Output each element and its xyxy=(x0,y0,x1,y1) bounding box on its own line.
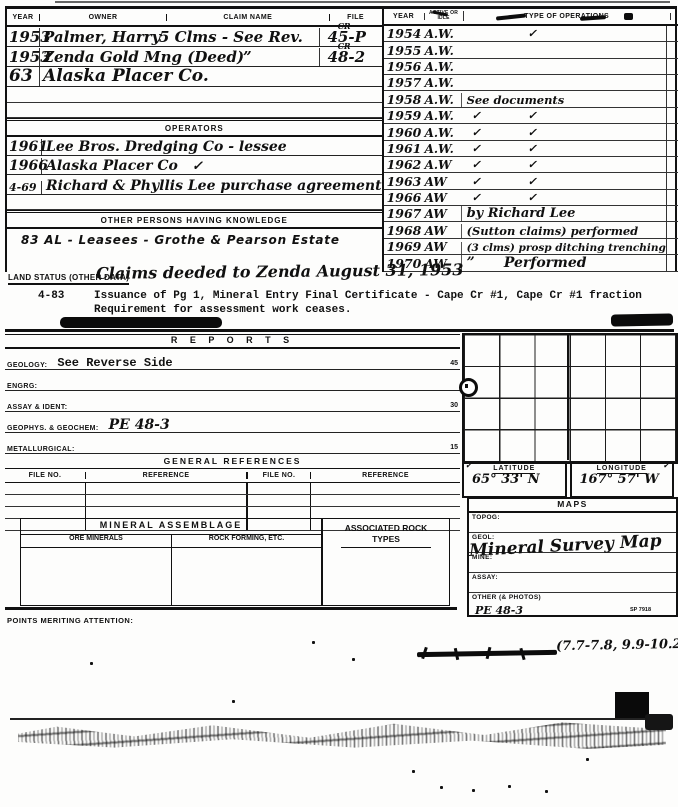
scan-edge-line xyxy=(10,718,672,720)
ink-smudge xyxy=(611,313,673,326)
scanned-mining-claim-card: YEAR OWNER CLAIM NAME FILE 1953 Palmer, … xyxy=(0,0,678,807)
mineral-assemblage-box: MINERAL ASSEMBLAGE ORE MINERALS ROCK FOR… xyxy=(20,518,323,606)
owner-year: 63 xyxy=(7,66,40,86)
coordinate-note: (7.7-7.8, 9.9-10.2) xyxy=(556,637,678,654)
report-value: See Reverse Side xyxy=(57,357,172,369)
operators-section-header: OPERATORS xyxy=(7,118,382,137)
report-row-engrg: ENGRG: xyxy=(5,370,460,391)
maps-label: OTHER (& PHOTOS) xyxy=(469,593,676,601)
activity-year: 1958 xyxy=(384,92,425,107)
ink-scribble xyxy=(624,13,633,20)
reports-title: R E P O R T S xyxy=(5,335,460,349)
activity-crew xyxy=(666,206,678,221)
ownership-header-row: YEAR OWNER CLAIM NAME FILE xyxy=(7,9,382,27)
activity-note: ” Performed xyxy=(461,255,666,271)
top-tables: YEAR OWNER CLAIM NAME FILE 1953 Palmer, … xyxy=(5,6,677,272)
owner-row: 1953 Palmer, Harry 5 Clms - See Rev. CR4… xyxy=(7,27,382,47)
maps-label: TOPOG: xyxy=(469,513,676,521)
activity-status: A.W. xyxy=(425,27,461,41)
activity-status: AW xyxy=(425,240,461,254)
activity-crew xyxy=(666,75,678,90)
report-value: PE 48-3 xyxy=(109,419,170,432)
longitude-box: LONGITUDE 167° 57' W ✓ xyxy=(570,461,675,498)
row-number: 15 xyxy=(450,444,458,451)
activity-row: 1967AWby Richard Lee xyxy=(384,206,678,222)
activity-crew xyxy=(666,222,678,237)
report-label: ASSAY & IDENT: xyxy=(5,404,67,411)
ink-scribble xyxy=(579,15,605,21)
operator-year: 1961 xyxy=(7,139,42,155)
maps-row-assay: ASSAY: xyxy=(469,573,676,593)
operator-row: 4-69 Richard & Phyllis Lee purchase agre… xyxy=(7,175,382,195)
activity-year: 1960 xyxy=(384,125,425,140)
activity-status: AW xyxy=(425,175,461,189)
associated-rock-types-box: ASSOCIATED ROCK TYPES xyxy=(323,518,450,606)
col-crew: CREW xyxy=(670,13,678,20)
report-label: GEOPHYS. & GEOCHEM: xyxy=(5,425,99,432)
entry-code: 4-83 xyxy=(38,289,80,317)
mineral-assemblage-body xyxy=(21,548,321,605)
col-file: FILE xyxy=(330,14,382,21)
location-grid xyxy=(462,333,678,464)
activity-row: 1958A.W.See documents xyxy=(384,91,678,107)
ownership-table: YEAR OWNER CLAIM NAME FILE 1953 Palmer, … xyxy=(7,9,384,272)
noise-dot xyxy=(352,658,355,661)
activity-row: 1962A.W✓✓ xyxy=(384,157,678,173)
noise-dot xyxy=(508,785,511,788)
activity-note: (3 clms) prosp ditching trenching xyxy=(461,242,666,254)
activity-row: 1961A.W.✓✓ xyxy=(384,141,678,157)
latitude-box: LATITUDE 65° 33' N ✓ xyxy=(462,461,567,498)
general-references-title: GENERAL REFERENCES xyxy=(5,454,460,469)
noise-dot xyxy=(472,789,475,792)
activity-crew xyxy=(666,91,678,106)
activity-crew xyxy=(666,59,678,74)
activity-row: 1957A.W. xyxy=(384,75,678,91)
activity-year: 1956 xyxy=(384,59,425,74)
general-references-columns: FILE NO. REFERENCE FILE NO. REFERENCE xyxy=(5,469,460,483)
activity-crew xyxy=(666,173,678,188)
maps-label: ASSAY: xyxy=(469,573,676,581)
report-row-assay: ASSAY & IDENT: 30 xyxy=(5,391,460,412)
form-number: SP 7918 xyxy=(630,607,651,613)
check-mark: ✓ xyxy=(192,159,203,174)
report-row-metallurgical: METALLURGICAL: 15 xyxy=(5,433,460,454)
operator-year: 1966 xyxy=(7,158,42,174)
activity-status: A.W. xyxy=(425,76,461,90)
scan-edge-line xyxy=(55,1,670,3)
activity-crew xyxy=(666,239,678,254)
file-superscript: CR xyxy=(338,21,351,31)
activity-crew xyxy=(666,42,678,57)
owner-name: Alaska Placer Co. xyxy=(40,66,263,86)
activity-row: 1960A.W.✓✓ xyxy=(384,124,678,140)
mineral-assemblage-subheaders: ORE MINERALS ROCK FORMING, ETC. xyxy=(21,535,321,548)
activity-status: AW xyxy=(425,224,461,238)
owner-row: 63 Alaska Placer Co. xyxy=(7,67,382,87)
ink-mark: ✓ xyxy=(465,461,473,471)
operator-text: Richard & Phyllis Lee purchase agreement xyxy=(42,178,382,194)
reports-section: R E P O R T S GEOLOGY: See Reverse Side … xyxy=(5,334,460,531)
activity-status: A.W xyxy=(425,158,461,172)
activity-row: 1966AW✓✓ xyxy=(384,190,678,206)
activity-crew xyxy=(666,124,678,139)
empty-row xyxy=(7,103,382,118)
knowledge-note: 83 AL - Leasees - Grothe & Pearson Estat… xyxy=(7,229,382,247)
col-year: YEAR xyxy=(7,14,40,21)
activity-crew xyxy=(666,141,678,156)
report-label: GEOLOGY: xyxy=(5,362,47,369)
report-row-geophys: GEOPHYS. & GEOCHEM: PE 48-3 xyxy=(5,412,460,433)
activity-row: 1956A.W. xyxy=(384,59,678,75)
activity-status: AW xyxy=(425,191,461,205)
activity-note: (Sutton claims) performed xyxy=(461,224,666,238)
longitude-label: LONGITUDE xyxy=(572,465,673,472)
activity-crew xyxy=(666,255,678,271)
operators-title: OPERATORS xyxy=(165,124,224,133)
activity-year: 1959 xyxy=(384,108,425,123)
activity-year: 1954 xyxy=(384,26,425,41)
noise-dot xyxy=(412,770,415,773)
operator-row: 1961 Lee Bros. Dredging Co - lessee xyxy=(7,137,382,156)
report-label: METALLURGICAL: xyxy=(5,446,75,453)
report-row-geology: GEOLOGY: See Reverse Side 45 xyxy=(5,349,460,370)
land-status-entry: 4-83 Issuance of Pg 1, Mineral Entry Fin… xyxy=(38,289,642,317)
location-grid-midline xyxy=(567,333,569,460)
operator-text: Lee Bros. Dredging Co - lessee xyxy=(42,139,382,155)
section-divider xyxy=(5,329,674,332)
crossed-out-note xyxy=(417,645,557,661)
maps-other-value: PE 48-3 xyxy=(469,604,523,617)
knowledge-title: OTHER PERSONS HAVING KNOWLEDGE xyxy=(101,216,288,225)
activity-year: 1963 xyxy=(384,174,425,189)
col-file-no: FILE NO. xyxy=(248,472,311,479)
noise-dot xyxy=(440,786,443,789)
claim-name: 5 Clms - See Rev. xyxy=(159,28,319,46)
claim-name: ” xyxy=(159,48,319,66)
activity-note: See documents xyxy=(461,93,666,107)
noise-dot xyxy=(232,700,235,703)
activity-note: by Richard Lee xyxy=(461,206,666,221)
owner-year: 1953 xyxy=(7,48,40,66)
activity-crew xyxy=(666,157,678,172)
col-owner: OWNER xyxy=(40,14,167,21)
activity-row: 1955A.W. xyxy=(384,42,678,58)
activity-year: 1961 xyxy=(384,141,425,156)
lat-long-section: LATITUDE 65° 33' N ✓ LONGITUDE 167° 57' … xyxy=(462,461,674,498)
col-reference: REFERENCE xyxy=(311,472,460,479)
activity-status: A.W. xyxy=(425,109,461,123)
empty-row xyxy=(7,195,382,210)
activity-row: 1968AW(Sutton claims) performed xyxy=(384,222,678,238)
location-circle-marker xyxy=(459,378,478,397)
owner-year: 1953 xyxy=(7,28,40,46)
points-meriting-attention: POINTS MERITING ATTENTION: xyxy=(5,607,457,628)
activity-row: 1963AW✓✓ xyxy=(384,173,678,189)
col-rock-forming: ROCK FORMING, ETC. xyxy=(172,535,321,547)
activity-crew xyxy=(666,26,678,41)
operator-text: Alaska Placer Co✓ xyxy=(42,158,382,174)
owner-name: Palmer, Harry xyxy=(40,28,159,46)
col-claim-name: CLAIM NAME xyxy=(167,14,330,21)
longitude-value: 167° 57' W xyxy=(572,472,673,487)
latitude-value: 65° 33' N xyxy=(464,472,565,487)
file-number: CR48-2 xyxy=(319,48,382,66)
activity-year: 1968 xyxy=(384,223,425,238)
reference-row xyxy=(5,495,460,507)
noise-dot xyxy=(545,790,548,793)
activity-year: 1962 xyxy=(384,157,425,172)
activity-status: A.W. xyxy=(425,60,461,74)
activity-row: 1969AW(3 clms) prosp ditching trenching xyxy=(384,239,678,255)
noise-dot xyxy=(312,641,315,644)
entry-text: Issuance of Pg 1, Mineral Entry Final Ce… xyxy=(94,289,642,317)
activity-status: A.W. xyxy=(425,126,461,140)
col-ore-minerals: ORE MINERALS xyxy=(21,535,172,547)
activity-crew xyxy=(666,108,678,123)
operator-year: 4-69 xyxy=(7,181,42,194)
row-number: 45 xyxy=(450,360,458,367)
col-year: YEAR xyxy=(384,13,425,20)
activity-status: A.W. xyxy=(425,142,461,156)
report-label: ENGRG: xyxy=(5,383,37,390)
activity-year: 1967 xyxy=(384,206,425,221)
mineral-assemblage-section: MINERAL ASSEMBLAGE ORE MINERALS ROCK FOR… xyxy=(20,518,450,606)
col-reference: REFERENCE xyxy=(86,472,248,479)
ink-blob xyxy=(645,714,673,730)
activity-year: 1969 xyxy=(384,239,425,254)
noise-dot xyxy=(586,758,589,761)
land-status-handwritten: Claims deeded to Zenda August 31, 1953 xyxy=(96,260,464,283)
activity-status: A.W. xyxy=(425,44,461,58)
activity-row: 1959A.W.✓✓ xyxy=(384,108,678,124)
row-number: 30 xyxy=(450,402,458,409)
activity-year: 1957 xyxy=(384,75,425,90)
activity-row: 1954A.W.✓ xyxy=(384,26,678,42)
col-file-no: FILE NO. xyxy=(5,472,86,479)
activity-header-row: YEAR ACTIVE OR IDLE TYPE OF OPERATIONS C… xyxy=(384,9,678,26)
owner-name: Zenda Gold Mng (Deed) xyxy=(40,48,159,66)
mineral-assemblage-title: MINERAL ASSEMBLAGE xyxy=(21,519,321,535)
file-superscript: CR xyxy=(338,41,351,51)
ink-mark: ✓ xyxy=(662,461,670,471)
knowledge-section-header: OTHER PERSONS HAVING KNOWLEDGE xyxy=(7,210,382,229)
activity-crew xyxy=(666,190,678,205)
ink-block xyxy=(615,692,649,719)
activity-status: A.W. xyxy=(425,93,461,107)
activity-year: 1966 xyxy=(384,190,425,205)
scan-noise-band xyxy=(18,721,666,749)
noise-dot xyxy=(90,662,93,665)
activity-year: 1955 xyxy=(384,43,425,58)
maps-title: MAPS xyxy=(469,499,676,513)
operator-row: 1966 Alaska Placer Co✓ xyxy=(7,156,382,175)
activity-table: YEAR ACTIVE OR IDLE TYPE OF OPERATIONS C… xyxy=(384,9,678,272)
maps-row-topog: TOPOG: xyxy=(469,513,676,533)
associated-rock-types-title: ASSOCIATED ROCK TYPES xyxy=(341,519,431,548)
empty-row xyxy=(7,87,382,103)
activity-status: AW xyxy=(425,207,461,221)
owner-row: 1953 Zenda Gold Mng (Deed) ” CR48-2 xyxy=(7,47,382,67)
latitude-label: LATITUDE xyxy=(464,465,565,472)
ink-smudge xyxy=(60,317,222,328)
reference-row xyxy=(5,483,460,495)
col-type-of-operations: TYPE OF OPERATIONS xyxy=(464,13,670,20)
points-label: POINTS MERITING ATTENTION: xyxy=(5,616,133,625)
